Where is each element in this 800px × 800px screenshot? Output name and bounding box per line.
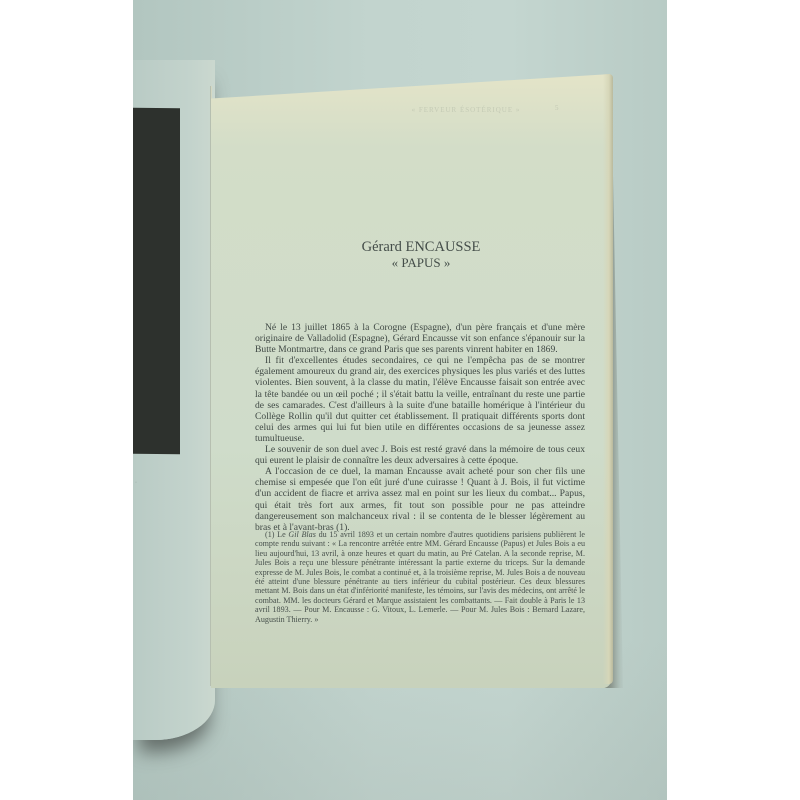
book-photograph: · « FERVEUR ÉSOTÉRIQUE » 5 Gérard ENCAUS… xyxy=(133,0,667,800)
paragraph: Né le 13 juillet 1865 à la Corogne (Espa… xyxy=(255,322,585,355)
chapter-heading: Gérard ENCAUSSE « PAPUS » xyxy=(255,240,587,270)
show-through-page-number: 5 xyxy=(555,104,559,112)
page-stack-edge xyxy=(603,74,613,684)
footnote-marker: (1) Le xyxy=(265,530,286,539)
paragraph: Il fit d'excellentes études secondaires,… xyxy=(255,355,585,444)
left-page: · xyxy=(133,60,215,740)
left-page-photo-plate xyxy=(133,108,180,454)
left-page-caption-fragment: · xyxy=(135,480,137,486)
chapter-title: Gérard ENCAUSSE xyxy=(255,240,587,255)
footnote-text: du 15 avril 1893 et un certain nombre d'… xyxy=(255,530,585,624)
footnote-publication: Gil Blas xyxy=(288,530,315,539)
footnote: (1) Le Gil Blas du 15 avril 1893 et un c… xyxy=(255,530,585,624)
paragraph: Le souvenir de son duel avec J. Bois est… xyxy=(255,444,585,466)
show-through-heading: « FERVEUR ÉSOTÉRIQUE » xyxy=(341,106,591,114)
body-text: Né le 13 juillet 1865 à la Corogne (Espa… xyxy=(255,322,585,533)
chapter-subtitle: « PAPUS » xyxy=(255,255,587,270)
paragraph: A l'occasion de ce duel, la maman Encaus… xyxy=(255,466,585,533)
